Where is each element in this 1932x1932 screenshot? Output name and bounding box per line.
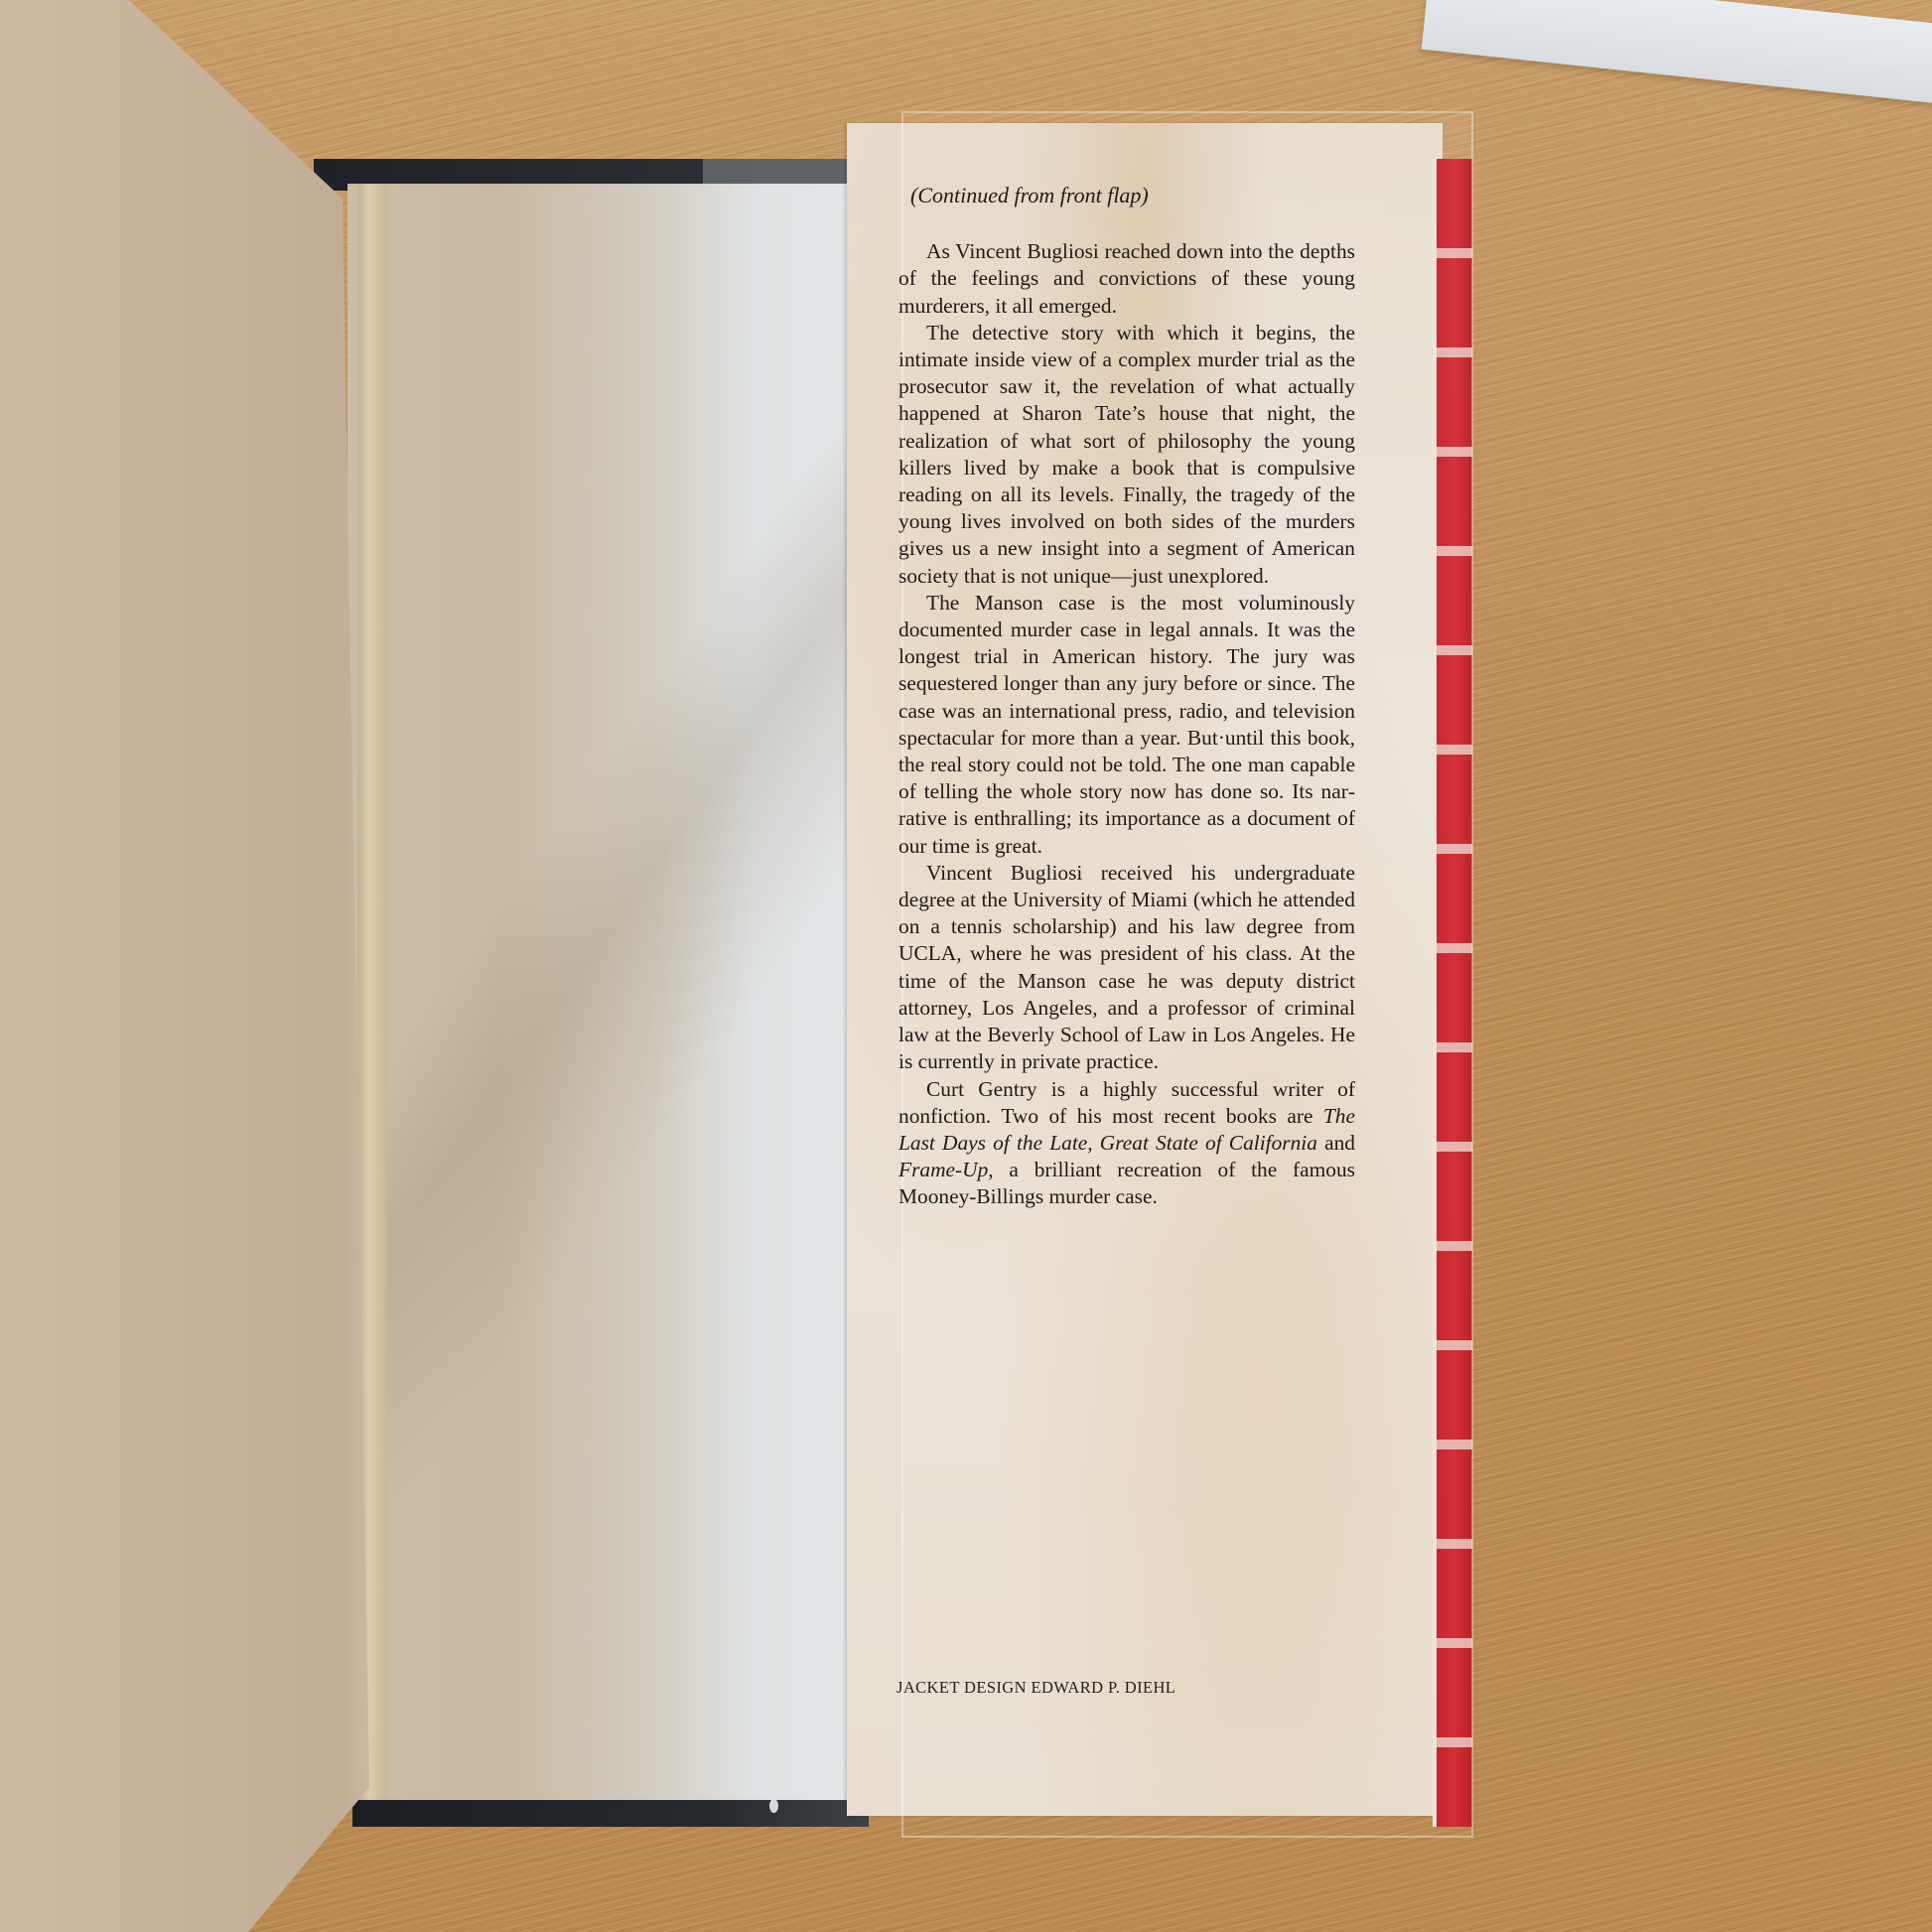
flap-paragraph-authors: Curt Gentry is a highly successful write… (898, 1076, 1355, 1211)
flap-paragraph: Vincent Bugliosi received his under­grad… (898, 860, 1355, 1076)
painted-board (1422, 0, 1932, 107)
dust-jacket-red-spine-edge (1433, 159, 1472, 1827)
text-segment: Curt Gentry is a highly successful write… (898, 1077, 1355, 1128)
text-segment: and (1317, 1131, 1355, 1155)
free-endpaper-left-page (0, 0, 377, 1932)
book-board-bottom-edge (352, 1797, 869, 1827)
board-dot-mark (769, 1799, 778, 1813)
flap-paragraph: The detective story with which it begins… (898, 320, 1355, 590)
jacket-design-credit: JACKET DESIGN EDWARD P. DIEHL (897, 1678, 1175, 1698)
flap-heading: (Continued from front flap) (910, 182, 1355, 208)
endpaper-shadow (347, 184, 854, 1800)
flap-paragraph: As Vincent Bugliosi reached down into th… (898, 238, 1355, 320)
flap-text-block: (Continued from front flap) As Vincent B… (898, 182, 1355, 1211)
flap-paragraph: The Manson case is the most volumin­ousl… (898, 590, 1355, 860)
book-title: Frame-Up (898, 1158, 988, 1181)
